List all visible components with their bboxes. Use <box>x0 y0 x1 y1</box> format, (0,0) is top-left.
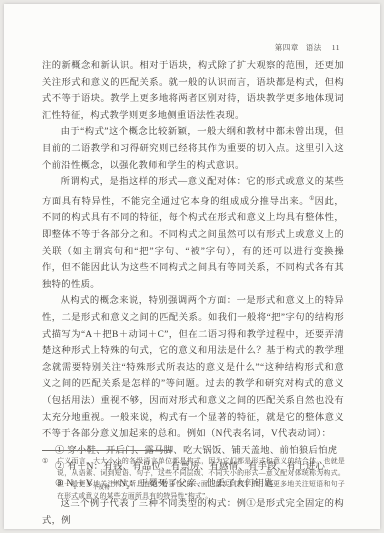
paragraph: 由于“构式”这个概念比较新颖，一般大纲和教材中都未曾出现，但目前的二语教学和习得… <box>42 124 344 174</box>
section-title: 语法 <box>306 43 322 52</box>
footnote-marker: ① <box>42 456 57 468</box>
book-page: 第四章语法11 注的新概念和新认识。相对于语块，构式除了扩大观察的范围，还更加关… <box>4 4 380 529</box>
running-head: 第四章语法11 <box>275 42 340 53</box>
paragraph: 从构式的概念来说，特别强调两个方面：一是形式和意义上的特异性，二是形式和意义之间… <box>42 293 344 442</box>
paragraph: 所谓构式，是指这样的形式—意义配对体：它的形式或意义的某些方面具有特异性，不能完… <box>42 174 344 293</box>
footnote-divider <box>42 450 172 451</box>
footnote-text: 广义而言，大大小小的各级语言单位都是构式，因为它们都是形式和意义的结合体。也就是… <box>57 458 345 500</box>
chapter-title: 第四章 <box>275 43 299 52</box>
paragraph: 注的新概念和新认识。相对于语块，构式除了扩大观察的范围，还更加关注形式和意义的匹… <box>42 58 344 124</box>
footnote: ①广义而言，大大小小的各级语言单位都是构式，因为它们都是形式和意义的结合体。也就… <box>42 456 345 502</box>
page-number: 11 <box>332 43 340 52</box>
